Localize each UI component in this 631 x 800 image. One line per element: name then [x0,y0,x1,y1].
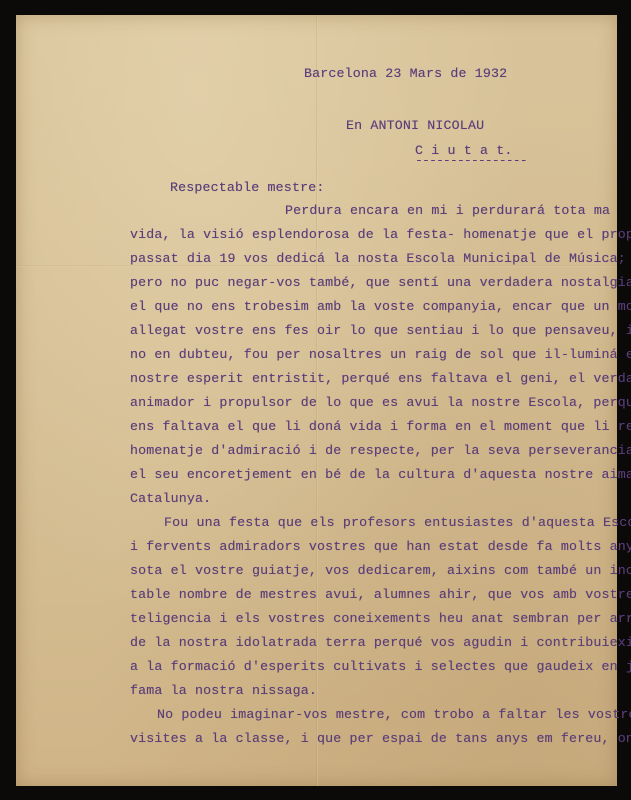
body-line: allegat vostre ens fes oir lo que sentia… [130,323,631,338]
body-line: fama la nostra nissaga. [130,683,317,698]
body-line: el que no ens trobesim amb la voste comp… [130,299,631,314]
body-line: Catalunya. [130,491,211,506]
body-line: ens faltava el que li doná vida i forma … [130,419,631,434]
body-line: de la nostra idolatrada terra perqué vos… [130,635,631,650]
place-date: Barcelona 23 Mars de 1932 [304,66,507,81]
body-line: a la formació d'esperits cultivats i sel… [130,659,631,674]
body-line: animador i propulsor de lo que es avui l… [130,395,631,410]
body-line: Fou una festa que els profesors entusias… [164,515,631,530]
body-line: pero no puc negar-vos també, que sentí u… [130,275,631,290]
body-line: vida, la visió esplendorosa de la festa-… [130,227,631,242]
city-underline: ---------------- [415,153,527,168]
body-line: nostre esperit entristit, perqué ens fal… [130,371,631,386]
body-line: no en dubteu, fou per nosaltres un raig … [130,347,631,362]
body-line: visites a la classe, i que per espai de … [130,731,631,746]
body-line: homenatje d'admiració i de respecte, per… [130,443,631,458]
body-line: sota el vostre guiatje, vos dedicarem, a… [130,563,631,578]
body-line: i fervents admiradors vostres que han es… [130,539,631,554]
salutation: Respectable mestre: [170,180,324,195]
body-line: teligencia i els vostres coneixements he… [130,611,631,626]
body-line: passat dia 19 vos dedicá la nosta Escola… [130,251,626,266]
body-line: Perdura encara en mi i perdurará tota ma [285,203,610,218]
recipient-name: En ANTONI NICOLAU [346,118,484,133]
body-line: table nombre de mestres avui, alumnes ah… [130,587,631,602]
body-line: No podeu imaginar-vos mestre, com trobo … [157,707,631,722]
body-line: el seu encoretjement en bé de la cultura… [130,467,631,482]
